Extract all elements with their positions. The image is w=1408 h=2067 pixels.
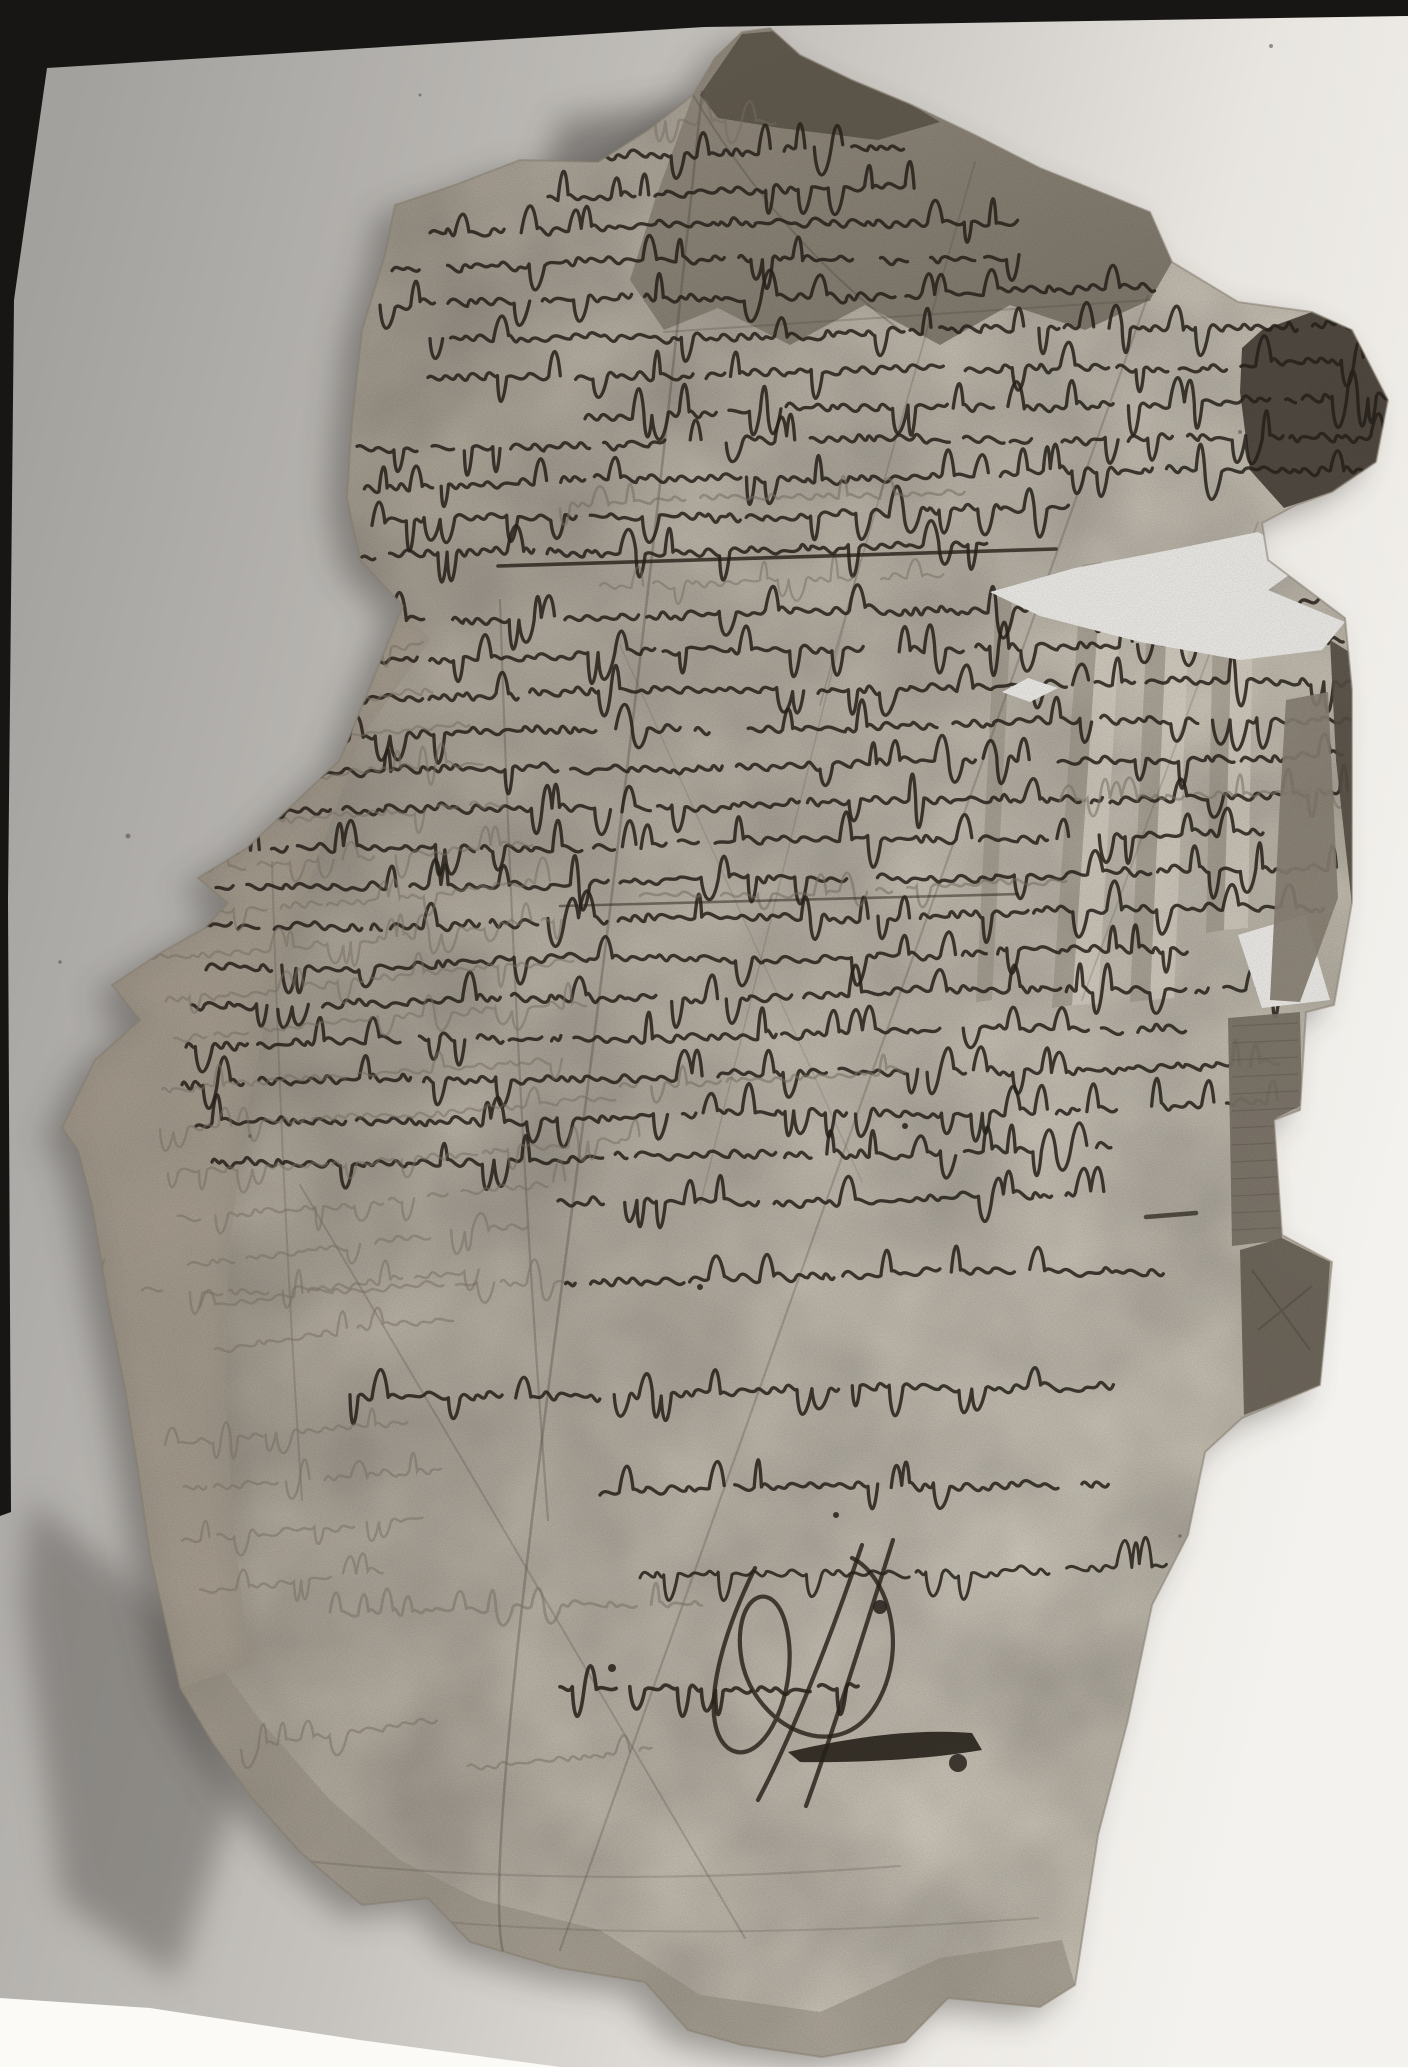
- dust-speck: [248, 1134, 252, 1138]
- dust-speck: [419, 94, 422, 97]
- dust-speck: [1178, 1534, 1182, 1538]
- dust-speck: [126, 834, 131, 839]
- manuscript-photograph: [0, 0, 1408, 2067]
- dust-speck: [58, 960, 62, 964]
- dust-speck: [1238, 430, 1242, 434]
- manuscript-scene: [0, 0, 1408, 2067]
- dust-speck: [1269, 44, 1273, 48]
